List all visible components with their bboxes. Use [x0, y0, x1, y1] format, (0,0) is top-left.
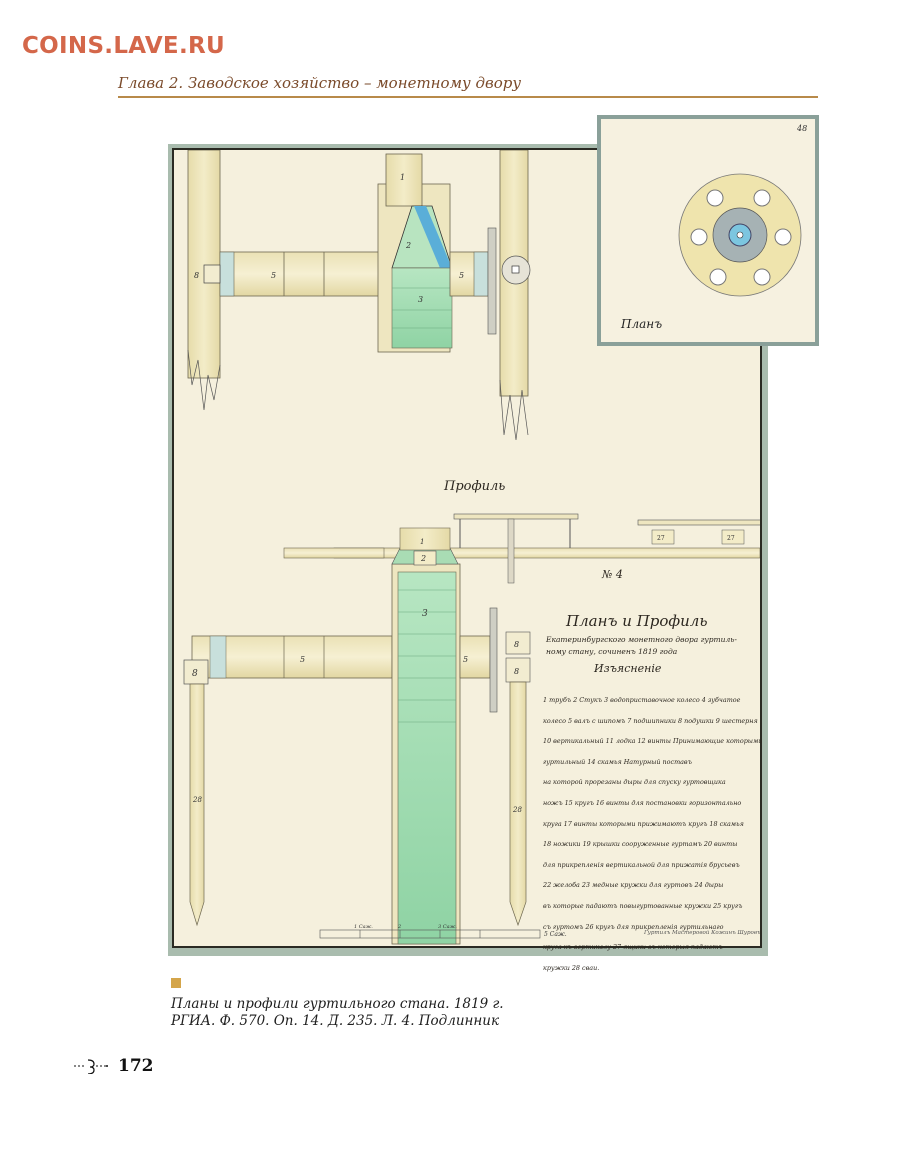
svg-text:8: 8 — [192, 669, 198, 679]
caption-marker — [171, 978, 181, 988]
legend-line: 10 вертикальный 11 лодка 12 винты Приним… — [543, 731, 765, 752]
inset-paper: 48 Планъ — [601, 119, 815, 342]
legend-line: 1 трубъ 2 Стукъ 3 водоприставочное колес… — [543, 690, 765, 711]
legend-line: круга къ вертикалу 27 ящики въ которыя п… — [543, 937, 765, 958]
page-ornament-icon — [74, 1058, 108, 1074]
svg-text:5: 5 — [463, 655, 468, 664]
legend-line: 18 ножики 19 крышки сооруженные гуртамъ … — [543, 834, 765, 855]
svg-text:28: 28 — [192, 796, 202, 804]
disc-plan-illustration: 48 Планъ — [601, 119, 815, 342]
svg-text:8: 8 — [194, 271, 199, 280]
svg-text:27: 27 — [727, 535, 735, 542]
svg-text:8: 8 — [514, 667, 519, 676]
svg-text:8: 8 — [514, 640, 519, 649]
caption-line-2: РГИА. Ф. 570. Оп. 14. Д. 235. Л. 4. Подл… — [171, 1013, 504, 1030]
page-number: 172 — [118, 1056, 154, 1076]
svg-text:ному стану, сочиненъ 1819 года: ному стану, сочиненъ 1819 года — [546, 647, 677, 656]
svg-text:5: 5 — [300, 655, 305, 664]
legend-line: ножъ 15 кругъ 16 винты для постановки го… — [543, 793, 765, 814]
chapter-title: Глава 2. Заводское хозяйство – монетному… — [118, 74, 521, 92]
svg-text:№ 4: № 4 — [601, 568, 623, 581]
svg-text:5: 5 — [271, 271, 276, 280]
svg-text:Профиль: Профиль — [443, 479, 505, 494]
legend-line: на которой прорезаны дыры для спуску гур… — [543, 772, 765, 793]
svg-text:2: 2 — [397, 924, 401, 930]
site-watermark: COINS.LAVE.RU — [22, 33, 225, 59]
legend-line: 22 желоба 23 медные кружки для гуртовъ 2… — [543, 875, 765, 896]
legend-line: круга 17 винты которыми прижимаютъ кругъ… — [543, 814, 765, 835]
legend-text: 1 трубъ 2 Стукъ 3 водоприставочное колес… — [543, 690, 765, 978]
chapter-rule — [118, 96, 818, 98]
legend-line: въ которые падаютъ повыгуртованные кружк… — [543, 896, 765, 917]
svg-text:48: 48 — [796, 124, 807, 133]
svg-text:Планъ и Профиль: Планъ и Профиль — [565, 612, 707, 630]
svg-text:28: 28 — [512, 806, 522, 814]
svg-text:1: 1 — [420, 538, 424, 546]
svg-text:Изъясненiе: Изъясненiе — [593, 662, 662, 675]
svg-text:3 Саж.: 3 Саж. — [438, 924, 457, 930]
svg-text:1 Саж.: 1 Саж. — [354, 924, 373, 930]
legend-line: съ гуртомъ 26 кругъ для прикрепленiя гур… — [543, 917, 765, 938]
figure-caption: Планы и профили гуртильного стана. 1819 … — [171, 996, 504, 1030]
legend-line: колесо 5 валъ с шипомъ 7 подшипники 8 по… — [543, 711, 765, 732]
plan-inset: 48 Планъ — [597, 115, 819, 346]
svg-text:2: 2 — [405, 241, 411, 250]
legend-line: кружки 28 сваи. — [543, 958, 765, 979]
svg-text:5: 5 — [459, 271, 464, 280]
svg-text:Екатеринбургского монетного дв: Екатеринбургского монетного двора гуртил… — [545, 635, 737, 644]
legend-line: для прикрепленiя вертикальной для прижат… — [543, 855, 765, 876]
svg-text:1: 1 — [400, 173, 405, 182]
caption-line-1: Планы и профили гуртильного стана. 1819 … — [171, 996, 504, 1013]
svg-text:3: 3 — [418, 295, 423, 304]
svg-text:Планъ: Планъ — [620, 317, 662, 331]
svg-text:2: 2 — [420, 554, 426, 563]
svg-text:27: 27 — [657, 535, 665, 542]
legend-line: гуртильный 14 скамья Натурный поставъ — [543, 752, 765, 773]
svg-text:3: 3 — [422, 609, 428, 619]
